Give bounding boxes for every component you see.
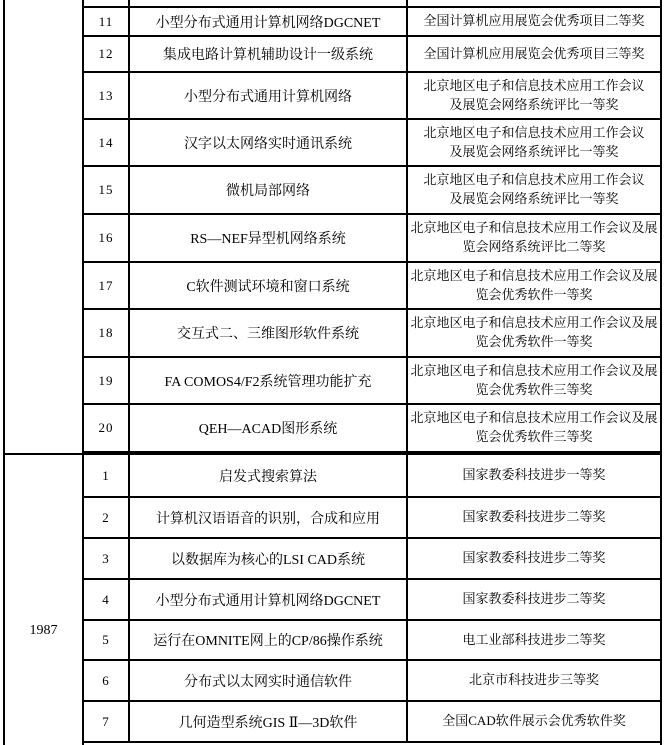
- row-number-cell: 1: [84, 455, 130, 496]
- row-number-cell: 15: [84, 167, 130, 213]
- project-cell: 微机局部网络: [130, 167, 408, 213]
- project-cell: 计算机汉语语音的识别，合成和应用: [130, 498, 408, 537]
- row-number-cell: 4: [84, 580, 130, 619]
- row-number-cell: 6: [84, 661, 130, 700]
- project-cell: 以数据库为核心的LSI CAD系统: [130, 539, 408, 578]
- year-cell: 1987: [5, 455, 84, 745]
- award-cell: 北京地区电子和信息技术应用工作会议 及展览会网络系统评比一等奖: [408, 73, 660, 118]
- awards-table: 11 小型分布式通用计算机网络DGCNET 全国计算机应用展览会优秀项目二等奖 …: [3, 0, 662, 745]
- project-cell: 分布式以太网实时通信软件: [130, 661, 408, 700]
- row-number-cell: 3: [84, 539, 130, 578]
- award-cell: 全国CAD软件展示会优秀软件奖: [408, 702, 660, 741]
- project-cell: 几何造型系统GIS Ⅱ—3D软件: [130, 702, 408, 741]
- award-cell: 国家教委科技进步二等奖: [408, 580, 660, 619]
- award-cell: 北京地区电子和信息技术应用工作会议及展 览会网络系统评比二等奖: [408, 215, 660, 261]
- table-row: 7 几何造型系统GIS Ⅱ—3D软件 全国CAD软件展示会优秀软件奖: [84, 702, 660, 743]
- table-section-upper: 11 小型分布式通用计算机网络DGCNET 全国计算机应用展览会优秀项目二等奖 …: [5, 0, 660, 453]
- row-number-cell: 7: [84, 702, 130, 741]
- table-row: 6 分布式以太网实时通信软件 北京市科技进步三等奖: [84, 661, 660, 702]
- award-cell: 北京地区电子和信息技术应用工作会议及展 览会优秀软件三等奖: [408, 358, 660, 403]
- year-label: 1987: [30, 623, 58, 639]
- award-cell: 北京地区电子和信息技术应用工作会议 及展览会网络系统评比一等奖: [408, 120, 660, 165]
- section-rows: 11 小型分布式通用计算机网络DGCNET 全国计算机应用展览会优秀项目二等奖 …: [84, 0, 660, 453]
- table-row: 16 RS—NEF异型机网络系统 北京地区电子和信息技术应用工作会议及展 览会网…: [84, 215, 660, 263]
- award-cell: 北京地区电子和信息技术应用工作会议 及展览会网络系统评比一等奖: [408, 167, 660, 213]
- award-cell: 全国计算机应用展览会优秀项目三等奖: [408, 37, 660, 71]
- table-row-partial: [84, 0, 660, 8]
- year-cell: [5, 0, 84, 453]
- table-row: 20 QEH—ACAD图形系统 北京地区电子和信息技术应用工作会议及展 览会优秀…: [84, 405, 660, 453]
- project-cell: [130, 0, 408, 6]
- award-cell: 北京市科技进步三等奖: [408, 661, 660, 700]
- table-row: 14 汉字以太网络实时通讯系统 北京地区电子和信息技术应用工作会议 及展览会网络…: [84, 120, 660, 167]
- project-cell: 交互式二、三维图形软件系统: [130, 310, 408, 356]
- row-number-cell: 20: [84, 405, 130, 451]
- project-cell: C软件测试环境和窗口系统: [130, 263, 408, 308]
- row-number-cell: 2: [84, 498, 130, 537]
- table-row: 12 集成电路计算机辅助设计一级系统 全国计算机应用展览会优秀项目三等奖: [84, 37, 660, 73]
- project-cell: 小型分布式通用计算机网络: [130, 73, 408, 118]
- row-number-cell: 16: [84, 215, 130, 261]
- row-number-cell: 18: [84, 310, 130, 356]
- document-page: 11 小型分布式通用计算机网络DGCNET 全国计算机应用展览会优秀项目二等奖 …: [0, 0, 666, 745]
- table-section-1987: 1987 1 启发式搜索算法 国家教委科技进步一等奖 2 计算机汉语语音的识别，…: [5, 453, 660, 745]
- table-row: 11 小型分布式通用计算机网络DGCNET 全国计算机应用展览会优秀项目二等奖: [84, 8, 660, 37]
- table-row: 2 计算机汉语语音的识别，合成和应用 国家教委科技进步二等奖: [84, 498, 660, 539]
- row-number-cell: 5: [84, 621, 130, 659]
- section-rows: 1 启发式搜索算法 国家教委科技进步一等奖 2 计算机汉语语音的识别，合成和应用…: [84, 455, 660, 745]
- row-number-cell: 12: [84, 37, 130, 71]
- table-row: 15 微机局部网络 北京地区电子和信息技术应用工作会议 及展览会网络系统评比一等…: [84, 167, 660, 215]
- row-number-cell: 17: [84, 263, 130, 308]
- table-row: 19 FA COMOS4/F2系统管理功能扩充 北京地区电子和信息技术应用工作会…: [84, 358, 660, 405]
- table-row: 18 交互式二、三维图形软件系统 北京地区电子和信息技术应用工作会议及展 览会优…: [84, 310, 660, 358]
- project-cell: 汉字以太网络实时通讯系统: [130, 120, 408, 165]
- table-row: 3 以数据库为核心的LSI CAD系统 国家教委科技进步二等奖: [84, 539, 660, 580]
- table-row: 1 启发式搜索算法 国家教委科技进步一等奖: [84, 455, 660, 498]
- project-cell: QEH—ACAD图形系统: [130, 405, 408, 451]
- award-cell: 电工业部科技进步二等奖: [408, 621, 660, 659]
- table-row: 4 小型分布式通用计算机网络DGCNET 国家教委科技进步二等奖: [84, 580, 660, 621]
- project-cell: 小型分布式通用计算机网络DGCNET: [130, 8, 408, 35]
- project-cell: 启发式搜索算法: [130, 455, 408, 496]
- row-number-cell: 11: [84, 8, 130, 35]
- award-cell: 国家教委科技进步二等奖: [408, 498, 660, 537]
- award-cell: 全国计算机应用展览会优秀项目二等奖: [408, 8, 660, 35]
- row-number-cell: 14: [84, 120, 130, 165]
- table-row: 5 运行在OMNITE网上的CP/86操作系统 电工业部科技进步二等奖: [84, 621, 660, 661]
- row-number-cell: 13: [84, 73, 130, 118]
- project-cell: 运行在OMNITE网上的CP/86操作系统: [130, 621, 408, 659]
- project-cell: FA COMOS4/F2系统管理功能扩充: [130, 358, 408, 403]
- row-number-cell: [84, 0, 130, 6]
- table-row: 13 小型分布式通用计算机网络 北京地区电子和信息技术应用工作会议 及展览会网络…: [84, 73, 660, 120]
- award-cell: 北京地区电子和信息技术应用工作会议及展 览会优秀软件一等奖: [408, 310, 660, 356]
- project-cell: RS—NEF异型机网络系统: [130, 215, 408, 261]
- award-cell: 国家教委科技进步一等奖: [408, 455, 660, 496]
- row-number-cell: 19: [84, 358, 130, 403]
- award-cell: 北京地区电子和信息技术应用工作会议及展 览会优秀软件三等奖: [408, 405, 660, 451]
- award-cell: 国家教委科技进步二等奖: [408, 539, 660, 578]
- award-cell: [408, 0, 660, 6]
- table-row: 17 C软件测试环境和窗口系统 北京地区电子和信息技术应用工作会议及展 览会优秀…: [84, 263, 660, 310]
- project-cell: 集成电路计算机辅助设计一级系统: [130, 37, 408, 71]
- project-cell: 小型分布式通用计算机网络DGCNET: [130, 580, 408, 619]
- award-cell: 北京地区电子和信息技术应用工作会议及展 览会优秀软件一等奖: [408, 263, 660, 308]
